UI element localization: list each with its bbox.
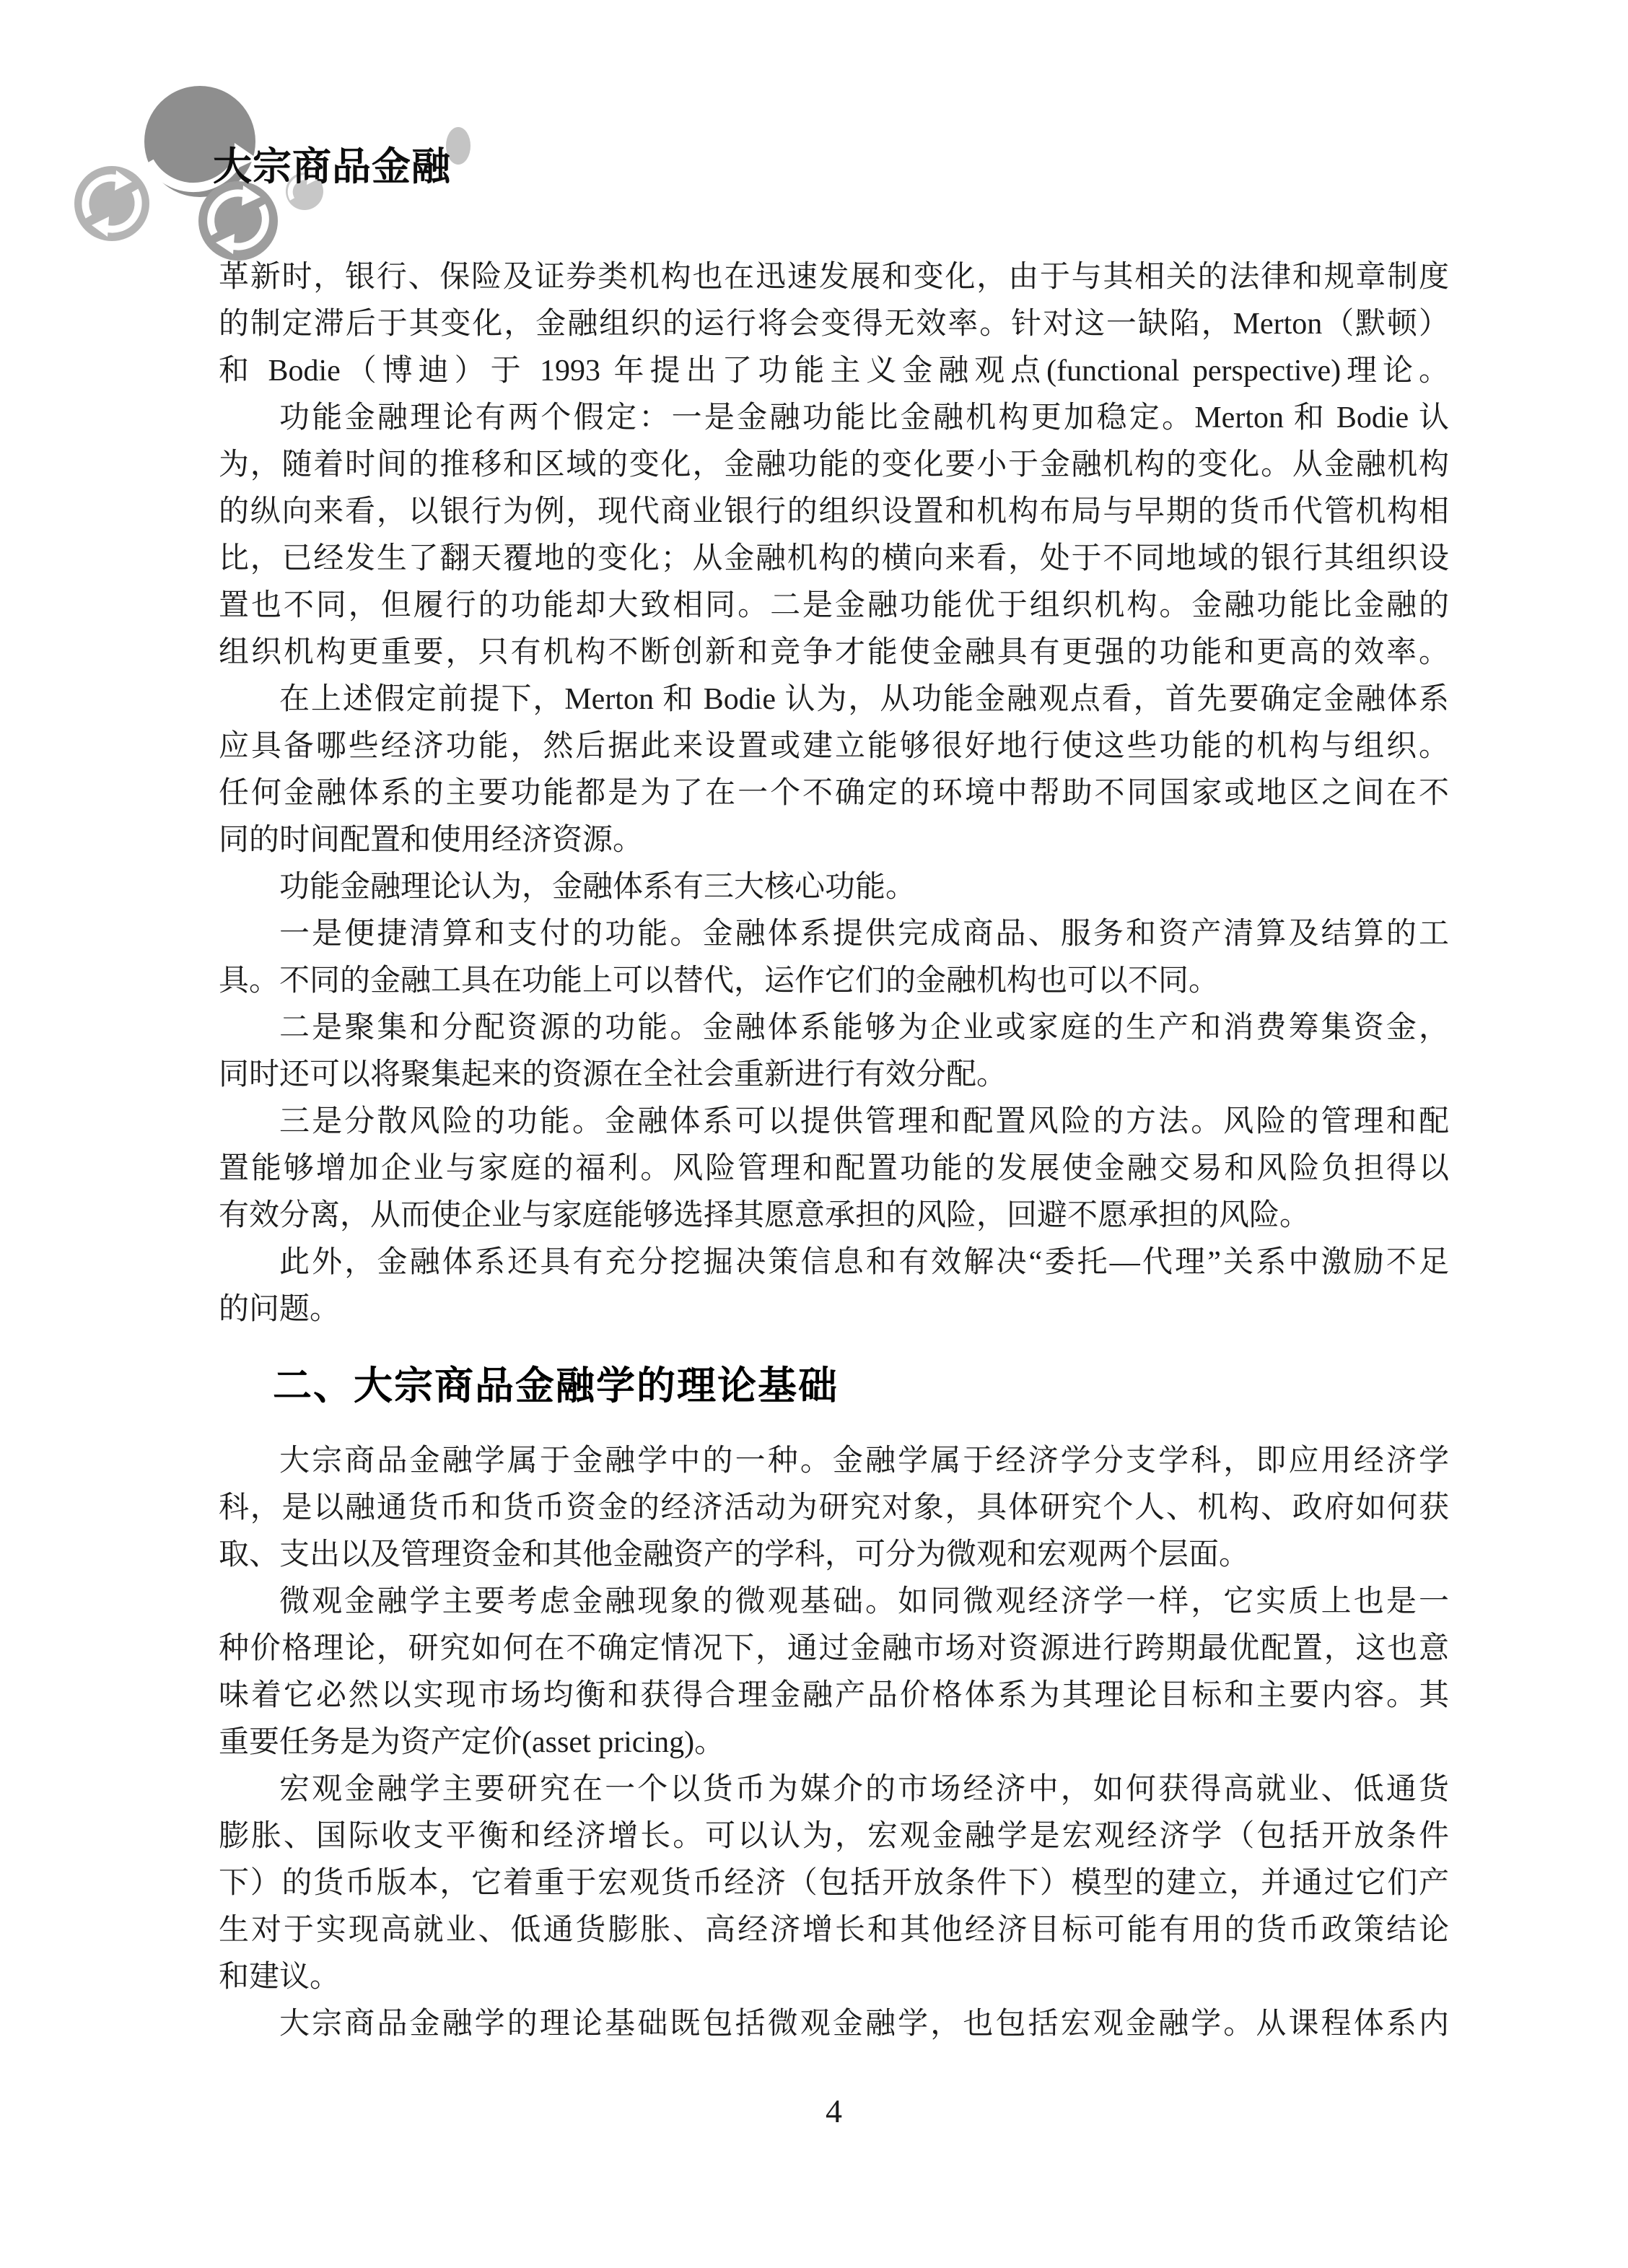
paragraph: 革新时，银行、保险及证券类机构也在迅速发展和变化，由于与其相关的法律和规章制度的… (219, 254, 1449, 395)
text-line: 的制定滞后于其变化，金融组织的运行将会变得无效率。针对这一缺陷，Merton（默… (219, 301, 1449, 348)
section-heading: 二、大宗商品金融学的理论基础 (273, 1361, 1449, 1411)
text-line: 任何金融体系的主要功能都是为了在一个不确定的环境中帮助不同国家或地区之间在不 (219, 770, 1449, 817)
paragraph: 大宗商品金融学的理论基础既包括微观金融学，也包括宏观金融学。从课程体系内 (219, 2001, 1449, 2048)
text-line: 应具备哪些经济功能，然后据此来设置或建立能够很好地行使这些功能的机构与组织。 (219, 723, 1449, 770)
text-line: 味着它必然以实现市场均衡和获得合理金融产品价格体系为其理论目标和主要内容。其 (219, 1672, 1449, 1719)
text-line: 功能金融理论有两个假定：一是金融功能比金融机构更加稳定。Merton 和 Bod… (219, 395, 1449, 442)
text-line: 在上述假定前提下，Merton 和 Bodie 认为，从功能金融观点看，首先要确… (219, 676, 1449, 723)
text-line: 微观金融学主要考虑金融现象的微观基础。如同微观经济学一样，它实质上也是一 (219, 1579, 1449, 1626)
text-line: 下）的货币版本，它着重于宏观货币经济（包括开放条件下）模型的建立，并通过它们产 (219, 1860, 1449, 1907)
text-line: 和 Bodie（博迪）于 1993 年提出了功能主义金融观点(functiona… (219, 348, 1449, 395)
text-line: 取、支出以及管理资金和其他金融资产的学科，可分为微观和宏观两个层面。 (219, 1532, 1449, 1579)
book-page: 大宗商品金融 革新时，银行、保险及证券类机构也在迅速发展和变化，由于与其相关的法… (0, 0, 1628, 2268)
text-line: 此外，金融体系还具有充分挖掘决策信息和有效解决“委托—代理”关系中激励不足 (219, 1239, 1449, 1286)
text-line: 大宗商品金融学属于金融学中的一种。金融学属于经济学分支学科，即应用经济学 (219, 1438, 1449, 1485)
text-line: 科，是以融通货币和货币资金的经济活动为研究对象，具体研究个人、机构、政府如何获 (219, 1485, 1449, 1532)
text-line: 和建议。 (219, 1954, 1449, 2001)
text-line: 宏观金融学主要研究在一个以货币为媒介的市场经济中，如何获得高就业、低通货 (219, 1766, 1449, 1813)
text-line: 功能金融理论认为，金融体系有三大核心功能。 (219, 864, 1449, 911)
paragraph: 三是分散风险的功能。金融体系可以提供管理和配置风险的方法。风险的管理和配置能够增… (219, 1099, 1449, 1239)
paragraph: 微观金融学主要考虑金融现象的微观基础。如同微观经济学一样，它实质上也是一种价格理… (219, 1579, 1449, 1766)
paragraph: 一是便捷清算和支付的功能。金融体系提供完成商品、服务和资产清算及结算的工具。不同… (219, 911, 1449, 1005)
page-number: 4 (219, 2092, 1449, 2130)
text-line: 的纵向来看，以银行为例，现代商业银行的组织设置和机构布局与早期的货币代管机构相 (219, 489, 1449, 536)
paragraph: 功能金融理论认为，金融体系有三大核心功能。 (219, 864, 1449, 911)
paragraph: 宏观金融学主要研究在一个以货币为媒介的市场经济中，如何获得高就业、低通货膨胀、国… (219, 1766, 1449, 2001)
text-line: 为，随着时间的推移和区域的变化，金融功能的变化要小于金融机构的变化。从金融机构 (219, 442, 1449, 489)
text-line: 置能够增加企业与家庭的福利。风险管理和配置功能的发展使金融交易和风险负担得以 (219, 1146, 1449, 1192)
text-line: 的问题。 (219, 1286, 1449, 1333)
paragraph: 此外，金融体系还具有充分挖掘决策信息和有效解决“委托—代理”关系中激励不足的问题… (219, 1239, 1449, 1333)
text-line: 置也不同，但履行的功能却大致相同。二是金融功能优于组织机构。金融功能比金融的 (219, 583, 1449, 629)
text-line: 比，已经发生了翻天覆地的变化；从金融机构的横向来看，处于不同地域的银行其组织设 (219, 536, 1449, 583)
text-line: 一是便捷清算和支付的功能。金融体系提供完成商品、服务和资产清算及结算的工 (219, 911, 1449, 958)
paragraph: 二是聚集和分配资源的功能。金融体系能够为企业或家庭的生产和消费筹集资金，同时还可… (219, 1005, 1449, 1099)
text-line: 生对于实现高就业、低通货膨胀、高经济增长和其他经济目标可能有用的货币政策结论 (219, 1907, 1449, 1954)
text-line: 重要任务是为资产定价(asset pricing)。 (219, 1719, 1449, 1766)
text-line: 大宗商品金融学的理论基础既包括微观金融学，也包括宏观金融学。从课程体系内 (219, 2001, 1449, 2048)
paragraph: 在上述假定前提下，Merton 和 Bodie 认为，从功能金融观点看，首先要确… (219, 676, 1449, 864)
text-line: 组织机构更重要，只有机构不断创新和竞争才能使金融具有更强的功能和更高的效率。 (219, 629, 1449, 676)
text-line: 二是聚集和分配资源的功能。金融体系能够为企业或家庭的生产和消费筹集资金， (219, 1005, 1449, 1052)
paragraph: 功能金融理论有两个假定：一是金融功能比金融机构更加稳定。Merton 和 Bod… (219, 395, 1449, 676)
text-line: 具。不同的金融工具在功能上可以替代，运作它们的金融机构也可以不同。 (219, 958, 1449, 1005)
text-line: 有效分离，从而使企业与家庭能够选择其愿意承担的风险，回避不愿承担的风险。 (219, 1192, 1449, 1239)
text-line: 膨胀、国际收支平衡和经济增长。可以认为，宏观金融学是宏观经济学（包括开放条件 (219, 1813, 1449, 1860)
text-line: 三是分散风险的功能。金融体系可以提供管理和配置风险的方法。风险的管理和配 (219, 1099, 1449, 1146)
book-title: 大宗商品金融 (213, 136, 451, 191)
page-body: 革新时，银行、保险及证券类机构也在迅速发展和变化，由于与其相关的法律和规章制度的… (219, 254, 1449, 2048)
paragraph: 大宗商品金融学属于金融学中的一种。金融学属于经济学分支学科，即应用经济学科，是以… (219, 1438, 1449, 1579)
text-line: 种价格理论，研究如何在不确定情况下，通过金融市场对资源进行跨期最优配置，这也意 (219, 1626, 1449, 1672)
text-line: 同时还可以将聚集起来的资源在全社会重新进行有效分配。 (219, 1052, 1449, 1099)
text-line: 同的时间配置和使用经济资源。 (219, 817, 1449, 864)
